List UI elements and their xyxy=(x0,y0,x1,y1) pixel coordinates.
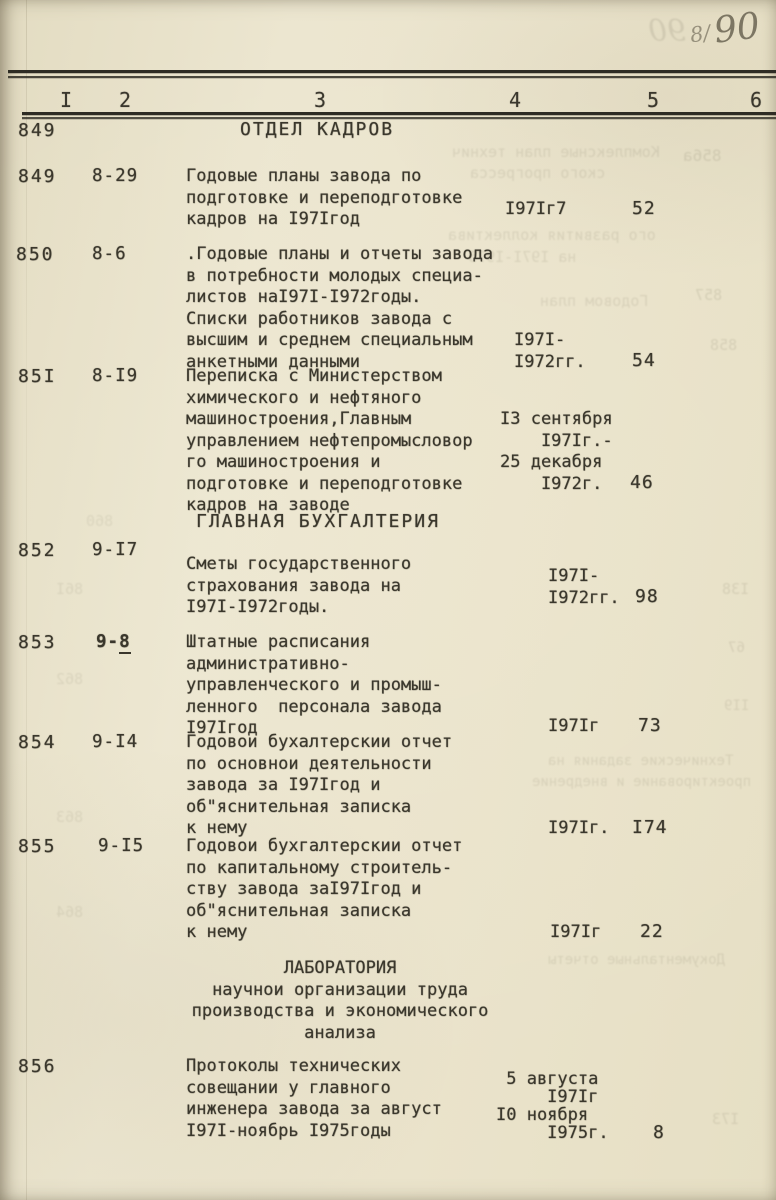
page-number-ghost: 90 xyxy=(648,14,686,49)
section-title-laboratoria: ЛАБОРАТОРИЯ научнои организации труда пр… xyxy=(140,958,540,1044)
entry-pages: 8 xyxy=(653,1122,665,1144)
scanned-inventory-page: 90 8/ 90 I 2 3 4 5 6 849 ОТДЕЛ КАДРОВ 84… xyxy=(0,0,776,1200)
entry-dates: I97I- I972гг. xyxy=(514,330,586,373)
entry-dates: I97I- I972гг. xyxy=(548,566,620,609)
column-header-4: 4 xyxy=(509,88,521,112)
bleed-through-text: Документальные отчеты xyxy=(548,952,725,968)
entry-description: Переписка с Министерством химического и … xyxy=(186,366,473,517)
bleed-through-number: I38 xyxy=(722,580,749,598)
bleed-through-number: 858 xyxy=(710,336,737,354)
column-header-1: I xyxy=(60,88,72,112)
entry-pages: 46 xyxy=(630,472,654,494)
column-header-6: 6 xyxy=(750,88,762,112)
entry-code: 9-I4 xyxy=(92,732,138,754)
entry-dates: IЗ сентября I97Iг.- 25 декабря I972г. xyxy=(500,409,613,495)
column-header-3: 3 xyxy=(314,88,326,112)
entry-code: 8-I9 xyxy=(92,366,138,388)
entry-dates: I97Iг xyxy=(550,922,601,944)
bleed-through-text: проектирование и внедрение xyxy=(532,774,751,790)
entry-number: 854 xyxy=(18,732,57,754)
bleed-through-text: на I97I-I975 xyxy=(468,248,576,266)
column-header-5: 5 xyxy=(647,88,659,112)
entry-pages: 54 xyxy=(632,350,656,372)
entry-description: Годовои бухгалтерскии отчет по капитальн… xyxy=(186,836,462,944)
horizontal-rule-top-1 xyxy=(8,70,776,73)
entry-dates: I97Iг xyxy=(548,716,599,738)
entry-code: 8-29 xyxy=(92,166,138,188)
entry-code-underlined: 8 xyxy=(119,632,131,654)
entry-dates: I97Iг7 xyxy=(505,199,566,221)
entry-pages: 22 xyxy=(640,921,664,943)
entry-number: 849 xyxy=(18,166,57,188)
entry-dates: 5 августа I97Iг I0 ноября I975г. xyxy=(496,1070,609,1142)
column-header-2: 2 xyxy=(119,88,131,112)
bleed-through-number: 862 xyxy=(56,670,83,688)
entry-dates: I97Iг. xyxy=(548,818,609,840)
bleed-through-number: I73 xyxy=(712,1110,739,1128)
entry-description: .Годовые планы и отчеты завода в потребн… xyxy=(186,244,493,373)
handwritten-page-number: 90 xyxy=(712,5,762,51)
entry-number: 856 xyxy=(18,1056,57,1078)
entry-number: 850 xyxy=(16,244,55,266)
entry-pages: 52 xyxy=(632,198,656,220)
entry-description: Протоколы технических совещании у главно… xyxy=(186,1056,442,1142)
handwritten-corner-mark: 8/ xyxy=(688,21,712,48)
column-header-row: I 2 3 4 5 6 xyxy=(0,88,776,112)
entry-description: Сметы государственного страхования завод… xyxy=(186,554,411,619)
entry-code: 8-6 xyxy=(92,244,127,266)
entry-description: Годовои бухалтерскии отчет по основнои д… xyxy=(186,732,452,840)
entry-number: 855 xyxy=(18,836,57,858)
horizontal-rule-header-2 xyxy=(22,117,776,119)
bleed-through-text: ого развития коллектива xyxy=(448,226,656,244)
entry-number: 852 xyxy=(18,540,57,562)
bleed-through-number: 67 xyxy=(728,640,745,656)
section-number: 849 xyxy=(18,120,57,142)
entry-code-prefix: 9- xyxy=(96,632,119,652)
bleed-through-number: 860 xyxy=(86,512,113,530)
bleed-through-text: Годовом план xyxy=(540,292,648,310)
entry-pages: 98 xyxy=(635,586,659,608)
entry-number: 85I xyxy=(18,366,57,388)
entry-description: Годовые планы завода по подготовке и пер… xyxy=(186,166,462,231)
entry-code: 9-8 xyxy=(96,632,131,654)
bleed-through-text: Технические задания на xyxy=(548,753,733,769)
entry-code: 9-I5 xyxy=(98,836,144,858)
section-title-buhgalteria: ГЛАВНАЯ БУХГАЛТЕРИЯ xyxy=(196,511,440,533)
horizontal-rule-top-2 xyxy=(8,76,776,78)
entry-pages: I74 xyxy=(632,817,668,839)
bleed-through-number: 864 xyxy=(56,903,83,921)
entry-description: Штатные расписания административно- упра… xyxy=(186,632,442,740)
bleed-through-number: 863 xyxy=(56,808,83,826)
bleed-through-number: 86I xyxy=(56,580,83,598)
bleed-through-number: 856а xyxy=(683,146,722,165)
bleed-through-text: Комплексные план технич xyxy=(452,143,660,161)
entry-code: 9-I7 xyxy=(92,540,138,562)
bleed-through-text: ского прогресса xyxy=(470,164,605,182)
section-title-kadry: ОТДЕЛ КАДРОВ xyxy=(240,119,394,141)
horizontal-rule-header-1 xyxy=(22,112,776,115)
bleed-through-number: 857 xyxy=(695,286,722,304)
bleed-through-number: II9 xyxy=(724,698,749,714)
entry-pages: 73 xyxy=(638,715,662,737)
entry-number: 853 xyxy=(18,632,57,654)
